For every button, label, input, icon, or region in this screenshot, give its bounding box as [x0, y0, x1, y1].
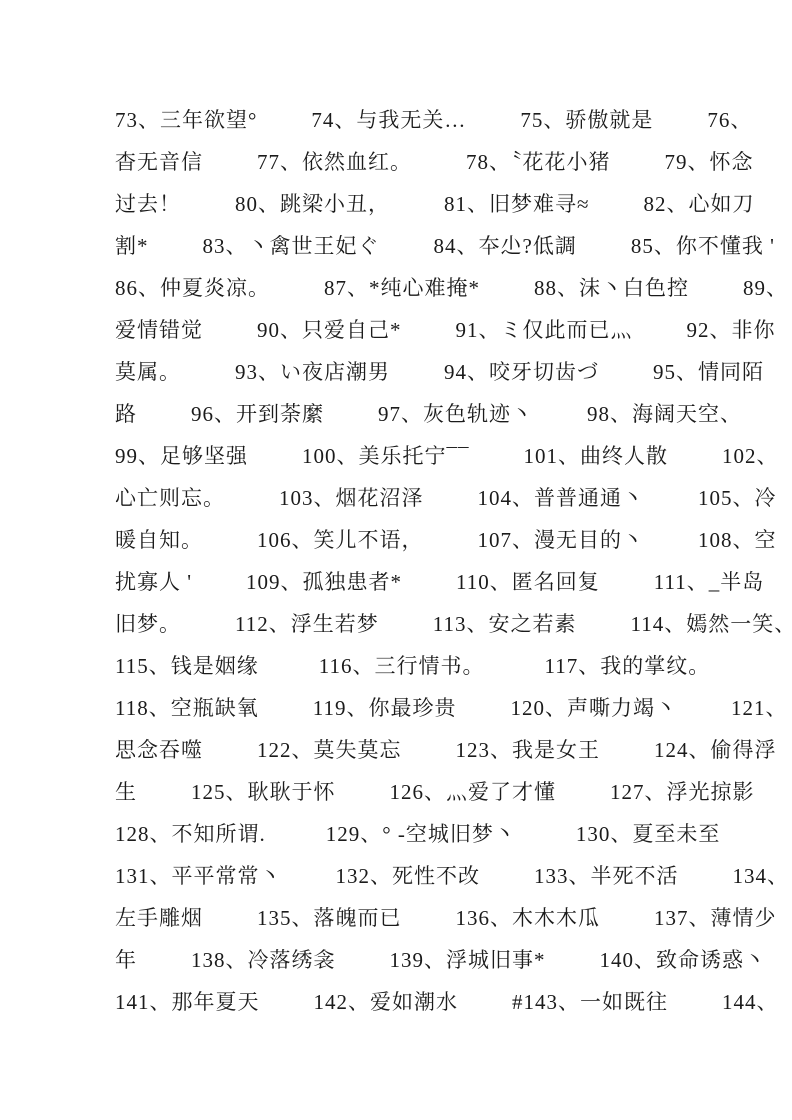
- list-line: 扰寡人 '109、孤独患者*110、匿名回复111、_半岛: [115, 560, 683, 602]
- list-line: 路96、开到荼縻97、灰色轨迹丶98、海阔天空、: [115, 392, 683, 434]
- list-segment: 暖自知。: [115, 524, 203, 554]
- list-segment: 旧梦。: [115, 608, 181, 638]
- list-segment: 123、我是女王: [456, 734, 601, 764]
- list-segment: 113、安之若素: [433, 608, 577, 638]
- list-segment: 81、旧梦难寻≈: [444, 188, 590, 218]
- list-segment: 思念吞噬: [115, 734, 203, 764]
- list-segment: 103、烟花沼泽: [279, 482, 424, 512]
- list-segment: 莫属。: [115, 356, 181, 386]
- list-segment: 76、: [707, 104, 752, 134]
- list-segment: 104、普普通通丶: [478, 482, 645, 512]
- list-segment: 112、浮生若梦: [235, 608, 379, 638]
- list-segment: 80、跳梁小丑，: [235, 188, 390, 218]
- list-segment: 路: [115, 398, 137, 428]
- list-line: 过去！80、跳梁小丑，81、旧梦难寻≈82、心如刀: [115, 182, 683, 224]
- list-segment: 92、非你: [687, 314, 776, 344]
- list-segment: 141、那年夏天: [115, 986, 260, 1016]
- list-segment: 93、い夜店潮男: [235, 356, 390, 386]
- list-line: 128、不知所谓.129、° -空城旧梦丶130、夏至未至: [115, 812, 683, 854]
- list-segment: 73、三年欲望°: [115, 104, 257, 134]
- nickname-list: 73、三年欲望°74、与我无关…75、骄傲就是76、杳无音信77、依然血红。78…: [115, 98, 683, 1022]
- list-segment: 106、笑儿不语，: [257, 524, 424, 554]
- list-segment: 89、: [743, 272, 788, 302]
- list-segment: #143、一如既往: [512, 986, 668, 1016]
- list-segment: 年: [115, 944, 137, 974]
- list-line: 左手雕烟135、落魄而已136、木木木瓜137、薄情少: [115, 896, 683, 938]
- list-segment: 108、空: [698, 524, 777, 554]
- list-segment: 130、夏至未至: [576, 818, 721, 848]
- list-segment: 心亡则忘。: [115, 482, 225, 512]
- list-segment: 102、: [722, 440, 779, 470]
- list-line: 莫属。93、い夜店潮男94、咬牙切齿づ95、情同陌: [115, 350, 683, 392]
- list-segment: 105、冷: [698, 482, 777, 512]
- list-segment: 122、莫失莫忘: [257, 734, 402, 764]
- list-segment: 101、曲终人散: [524, 440, 669, 470]
- list-segment: 96、开到荼縻: [191, 398, 324, 428]
- list-segment: 爱情错觉: [115, 314, 203, 344]
- list-segment: 90、只爱自己*: [257, 314, 402, 344]
- list-segment: 128、不知所谓.: [115, 818, 266, 848]
- list-line: 旧梦。112、浮生若梦113、安之若素114、嫣然一笑、: [115, 602, 683, 644]
- list-line: 割*83、丶禽世王妃ぐ84、夲尐?低調85、你不懂我 ': [115, 224, 683, 266]
- list-segment: 120、声嘶力竭丶: [510, 692, 677, 722]
- list-segment: 79、怀念: [665, 146, 754, 176]
- list-segment: 137、薄情少: [654, 902, 777, 932]
- list-segment: 119、你最珍贵: [313, 692, 457, 722]
- list-segment: 125、耿耿于怀: [191, 776, 336, 806]
- list-segment: 132、死性不改: [336, 860, 481, 890]
- list-line: 141、那年夏天142、爱如潮水#143、一如既往144、: [115, 980, 683, 1022]
- list-segment: 88、沫丶白色控: [534, 272, 689, 302]
- list-segment: 107、漫无目的丶: [478, 524, 645, 554]
- document-page: 73、三年欲望°74、与我无关…75、骄傲就是76、杳无音信77、依然血红。78…: [0, 0, 792, 1120]
- list-segment: 77、依然血红。: [257, 146, 412, 176]
- list-segment: 割*: [115, 230, 149, 260]
- list-segment: 118、空瓶缺氧: [115, 692, 259, 722]
- list-line: 115、钱是姻缘116、三行情书。117、我的掌纹。: [115, 644, 683, 686]
- list-segment: 115、钱是姻缘: [115, 650, 259, 680]
- list-segment: 生: [115, 776, 137, 806]
- list-segment: 124、偷得浮: [654, 734, 777, 764]
- list-line: 118、空瓶缺氧119、你最珍贵120、声嘶力竭丶121、: [115, 686, 683, 728]
- list-line: 爱情错觉90、只爱自己*91、ミ仅此而已灬92、非你: [115, 308, 683, 350]
- list-segment: 82、心如刀: [644, 188, 755, 218]
- list-segment: 116、三行情书。: [319, 650, 485, 680]
- list-segment: 85、你不懂我 ': [631, 230, 775, 260]
- list-segment: 97、灰色轨迹丶: [378, 398, 533, 428]
- list-line: 暖自知。106、笑儿不语，107、漫无目的丶108、空: [115, 518, 683, 560]
- list-segment: 100、美乐托宁¯¯: [302, 440, 470, 470]
- list-segment: 84、夲尐?低調: [434, 230, 577, 260]
- list-segment: 139、浮城旧事*: [390, 944, 546, 974]
- list-segment: 140、致命诱惑丶: [600, 944, 767, 974]
- list-line: 杳无音信77、依然血红。78、〝花花小猪79、怀念: [115, 140, 683, 182]
- list-line: 86、仲夏炎凉。87、*纯心难掩*88、沫丶白色控89、: [115, 266, 683, 308]
- list-line: 心亡则忘。103、烟花沼泽104、普普通通丶105、冷: [115, 476, 683, 518]
- list-segment: 91、ミ仅此而已灬: [456, 314, 633, 344]
- list-segment: 133、半死不活: [534, 860, 679, 890]
- list-segment: 114、嫣然一笑、: [630, 608, 792, 638]
- list-segment: 134、: [733, 860, 790, 890]
- list-line: 131、平平常常丶132、死性不改133、半死不活134、: [115, 854, 683, 896]
- list-segment: 109、孤独患者*: [246, 566, 402, 596]
- list-line: 73、三年欲望°74、与我无关…75、骄傲就是76、: [115, 98, 683, 140]
- list-segment: 121、: [731, 692, 788, 722]
- list-segment: 过去！: [115, 188, 181, 218]
- list-segment: 142、爱如潮水: [314, 986, 459, 1016]
- list-line: 年138、冷落绣衾139、浮城旧事*140、致命诱惑丶: [115, 938, 683, 980]
- list-segment: 扰寡人 ': [115, 566, 192, 596]
- list-segment: 127、浮光掠影: [610, 776, 755, 806]
- list-segment: 135、落魄而已: [257, 902, 402, 932]
- list-segment: 117、我的掌纹。: [544, 650, 710, 680]
- list-line: 99、足够坚强100、美乐托宁¯¯101、曲终人散102、: [115, 434, 683, 476]
- list-segment: 杳无音信: [115, 146, 203, 176]
- list-segment: 144、: [722, 986, 779, 1016]
- list-segment: 131、平平常常丶: [115, 860, 282, 890]
- list-segment: 95、情同陌: [653, 356, 764, 386]
- list-segment: 136、木木木瓜: [456, 902, 601, 932]
- list-segment: 126、灬爱了才懂: [390, 776, 557, 806]
- list-segment: 129、° -空城旧梦丶: [326, 818, 516, 848]
- list-line: 生125、耿耿于怀126、灬爱了才懂127、浮光掠影: [115, 770, 683, 812]
- list-segment: 98、海阔天空、: [587, 398, 742, 428]
- list-segment: 86、仲夏炎凉。: [115, 272, 270, 302]
- list-segment: 87、*纯心难掩*: [324, 272, 480, 302]
- list-segment: 111、_半岛: [654, 566, 764, 596]
- list-segment: 74、与我无关…: [311, 104, 466, 134]
- list-segment: 75、骄傲就是: [520, 104, 653, 134]
- list-segment: 99、足够坚强: [115, 440, 248, 470]
- list-line: 思念吞噬122、莫失莫忘123、我是女王124、偷得浮: [115, 728, 683, 770]
- list-segment: 138、冷落绣衾: [191, 944, 336, 974]
- list-segment: 左手雕烟: [115, 902, 203, 932]
- list-segment: 94、咬牙切齿づ: [444, 356, 599, 386]
- list-segment: 78、〝花花小猪: [466, 146, 611, 176]
- list-segment: 110、匿名回复: [456, 566, 600, 596]
- list-segment: 83、丶禽世王妃ぐ: [203, 230, 380, 260]
